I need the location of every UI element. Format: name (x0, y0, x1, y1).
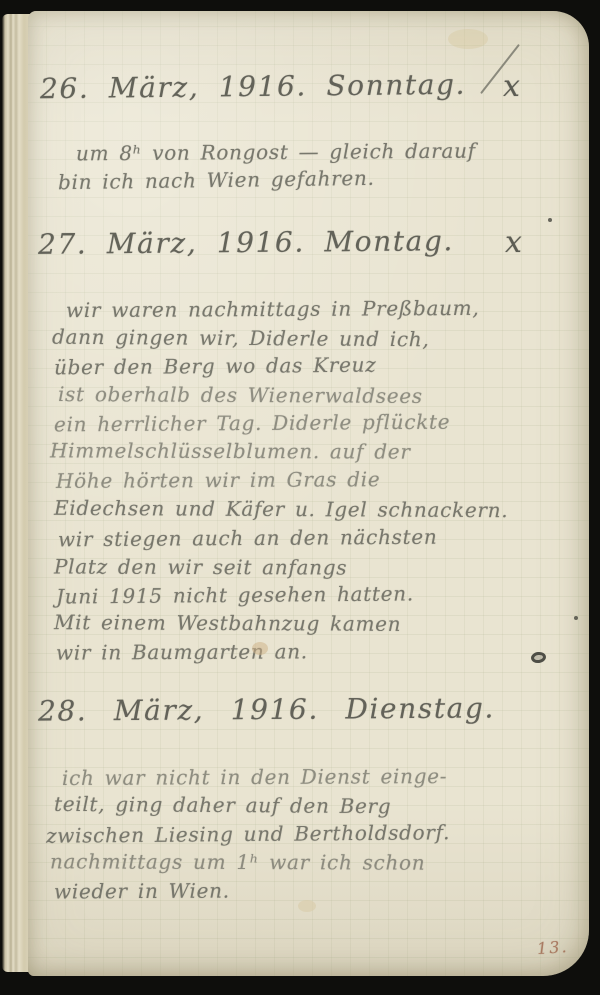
diary-line: wir waren nachmittags in Preßbaum, (66, 296, 479, 322)
pencil-dot (574, 616, 578, 620)
diary-line: Platz den wir seit anfangs (54, 554, 347, 579)
paper-stain (252, 642, 268, 655)
notebook-page: 26. März, 1916. Sonntag. x um 8ʰ von Ron… (28, 11, 589, 976)
diary-line: Mit einem Westbahnzug kamen (54, 610, 401, 636)
diary-line: wieder in Wien. (54, 879, 230, 904)
diary-line: wir stiegen auch an den nächsten (58, 525, 438, 552)
diary-line: nachmittags um 1ʰ war ich schon (50, 849, 425, 874)
diary-line: Himmelschlüsselblumen. auf der (50, 438, 411, 463)
diary-line: Eidechsen und Käfer u. Igel schnackern. (54, 496, 508, 522)
x-mark: x (505, 225, 522, 260)
diary-line: wir in Baumgarten an. (56, 639, 308, 664)
x-mark: x (503, 69, 520, 104)
diary-line: ist oberhalb des Wienerwaldsees (58, 382, 423, 408)
diary-line: bin ich nach Wien gefahren. (58, 166, 375, 194)
entry-date-heading: 27. März, 1916. Montag. (38, 224, 454, 261)
diary-line: Höhe hörten wir im Gras die (56, 467, 380, 493)
diary-line: dann gingen wir, Diderle und ich, (52, 325, 430, 352)
diary-line: über den Berg wo das Kreuz (54, 353, 377, 380)
diary-line: teilt, ging daher auf den Berg (54, 792, 392, 818)
paper-stain (448, 29, 488, 49)
paper-stain (298, 900, 316, 912)
entry-date-heading: 28. März, 1916. Dienstag. (38, 691, 495, 727)
pencil-dot (548, 218, 552, 222)
diary-line: um 8ʰ von Rongost — gleich darauf (76, 139, 476, 166)
diary-line: ein herrlicher Tag. Diderle pflückte (54, 410, 450, 437)
scanned-notebook-photo: 26. März, 1916. Sonntag. x um 8ʰ von Ron… (0, 0, 600, 995)
entry-date-heading: 26. März, 1916. Sonntag. (40, 68, 466, 105)
diary-line: ich war nicht in den Dienst einge- (62, 764, 447, 790)
diary-line: Juni 1915 nicht gesehen hatten. (56, 581, 414, 608)
diary-line: zwischen Liesing und Bertholdsdorf. (46, 820, 450, 848)
page-number: 13. (536, 937, 569, 958)
